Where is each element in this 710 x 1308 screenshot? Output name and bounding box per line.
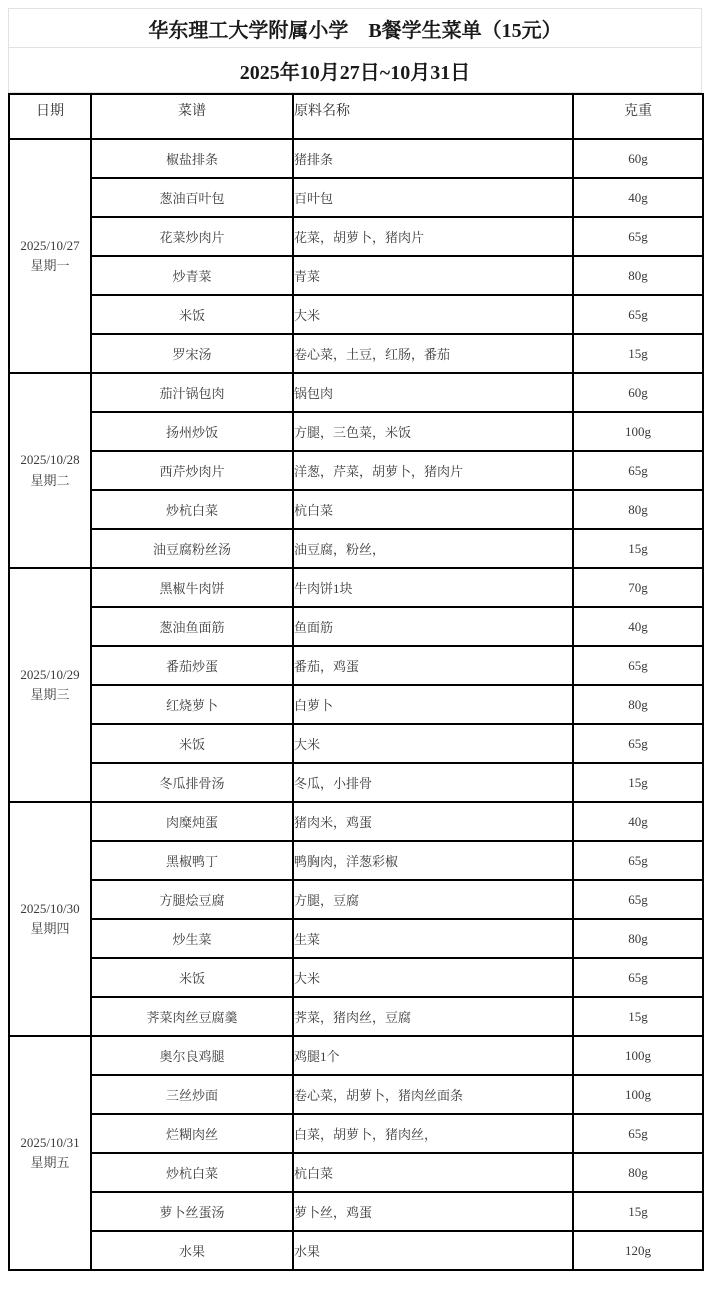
dish-cell: 炒杭白菜 <box>91 490 293 529</box>
ingredient-cell: 大米 <box>293 958 573 997</box>
date-cell: 2025/10/29星期三 <box>9 568 91 802</box>
ingredient-cell: 油豆腐，粉丝， <box>293 529 573 568</box>
weight-cell: 15g <box>573 997 703 1036</box>
table-row: 罗宋汤卷心菜，土豆，红肠，番茄15g <box>9 334 703 373</box>
weight-cell: 65g <box>573 217 703 256</box>
dish-cell: 椒盐排条 <box>91 139 293 178</box>
date-text: 2025/10/31 <box>20 1135 79 1150</box>
table-row: 方腿烩豆腐方腿，豆腐65g <box>9 880 703 919</box>
weight-cell: 80g <box>573 1153 703 1192</box>
weight-cell: 100g <box>573 1075 703 1114</box>
column-header-ingredients: 原料名称 <box>293 94 573 139</box>
ingredient-cell: 番茄，鸡蛋 <box>293 646 573 685</box>
table-row: 番茄炒蛋番茄，鸡蛋65g <box>9 646 703 685</box>
dish-cell: 扬州炒饭 <box>91 412 293 451</box>
dish-cell: 萝卜丝蛋汤 <box>91 1192 293 1231</box>
weight-cell: 15g <box>573 334 703 373</box>
table-row: 水果水果120g <box>9 1231 703 1270</box>
weekday-text: 星期一 <box>30 258 69 273</box>
page-title: 华东理工大学附属小学 B餐学生菜单（15元） <box>9 9 702 48</box>
weight-cell: 65g <box>573 958 703 997</box>
weekday-text: 星期五 <box>30 1155 69 1170</box>
ingredient-cell: 杭白菜 <box>293 490 573 529</box>
ingredient-cell: 水果 <box>293 1231 573 1270</box>
dish-cell: 油豆腐粉丝汤 <box>91 529 293 568</box>
dish-cell: 水果 <box>91 1231 293 1270</box>
dish-cell: 番茄炒蛋 <box>91 646 293 685</box>
ingredient-cell: 生菜 <box>293 919 573 958</box>
dish-cell: 茄汁锅包肉 <box>91 373 293 412</box>
table-row: 2025/10/29星期三黑椒牛肉饼牛肉饼1块70g <box>9 568 703 607</box>
table-row: 扬州炒饭方腿，三色菜，米饭100g <box>9 412 703 451</box>
weight-cell: 80g <box>573 685 703 724</box>
date-cell: 2025/10/31星期五 <box>9 1036 91 1270</box>
date-text: 2025/10/28 <box>20 452 79 467</box>
dish-cell: 罗宋汤 <box>91 334 293 373</box>
column-header-date: 日期 <box>9 94 91 139</box>
ingredient-cell: 猪排条 <box>293 139 573 178</box>
table-row: 2025/10/31星期五奥尔良鸡腿鸡腿1个100g <box>9 1036 703 1075</box>
table-row: 炒青菜青菜80g <box>9 256 703 295</box>
dish-cell: 冬瓜排骨汤 <box>91 763 293 802</box>
title-row: 华东理工大学附属小学 B餐学生菜单（15元） <box>9 9 702 48</box>
weight-cell: 100g <box>573 1036 703 1075</box>
date-range: 2025年10月27日~10月31日 <box>9 48 702 93</box>
weight-cell: 40g <box>573 178 703 217</box>
table-row: 米饭大米65g <box>9 958 703 997</box>
table-row: 炒杭白菜杭白菜80g <box>9 1153 703 1192</box>
weight-cell: 65g <box>573 646 703 685</box>
date-text: 2025/10/27 <box>20 238 79 253</box>
ingredient-cell: 萝卜丝，鸡蛋 <box>293 1192 573 1231</box>
table-row: 米饭大米65g <box>9 724 703 763</box>
ingredient-cell: 方腿，三色菜，米饭 <box>293 412 573 451</box>
weight-cell: 60g <box>573 139 703 178</box>
menu-table: 日期 菜谱 原料名称 克重 2025/10/27星期一椒盐排条猪排条60g葱油百… <box>8 93 704 1271</box>
weekday-text: 星期二 <box>30 473 69 488</box>
weight-cell: 100g <box>573 412 703 451</box>
table-row: 萝卜丝蛋汤萝卜丝，鸡蛋15g <box>9 1192 703 1231</box>
weight-cell: 60g <box>573 373 703 412</box>
ingredient-cell: 青菜 <box>293 256 573 295</box>
ingredient-cell: 锅包肉 <box>293 373 573 412</box>
dish-cell: 米饭 <box>91 295 293 334</box>
weight-cell: 65g <box>573 880 703 919</box>
dish-cell: 炒杭白菜 <box>91 1153 293 1192</box>
dish-cell: 黑椒牛肉饼 <box>91 568 293 607</box>
weight-cell: 65g <box>573 1114 703 1153</box>
ingredient-cell: 花菜，胡萝卜，猪肉片 <box>293 217 573 256</box>
dish-cell: 黑椒鸭丁 <box>91 841 293 880</box>
weight-cell: 40g <box>573 802 703 841</box>
table-row: 炒杭白菜杭白菜80g <box>9 490 703 529</box>
ingredient-cell: 鸭胸肉，洋葱彩椒 <box>293 841 573 880</box>
ingredient-cell: 方腿，豆腐 <box>293 880 573 919</box>
table-row: 2025/10/30星期四肉糜炖蛋猪肉米，鸡蛋40g <box>9 802 703 841</box>
weight-cell: 80g <box>573 490 703 529</box>
ingredient-cell: 百叶包 <box>293 178 573 217</box>
dish-cell: 炒青菜 <box>91 256 293 295</box>
dish-cell: 葱油鱼面筋 <box>91 607 293 646</box>
weight-cell: 65g <box>573 451 703 490</box>
date-cell: 2025/10/30星期四 <box>9 802 91 1036</box>
weight-cell: 15g <box>573 529 703 568</box>
table-row: 花菜炒肉片花菜，胡萝卜，猪肉片65g <box>9 217 703 256</box>
ingredient-cell: 鱼面筋 <box>293 607 573 646</box>
weight-cell: 15g <box>573 1192 703 1231</box>
date-cell: 2025/10/27星期一 <box>9 139 91 373</box>
ingredient-cell: 卷心菜，土豆，红肠，番茄 <box>293 334 573 373</box>
table-row: 西芹炒肉片洋葱，芹菜，胡萝卜，猪肉片65g <box>9 451 703 490</box>
table-row: 米饭大米65g <box>9 295 703 334</box>
ingredient-cell: 白菜，胡萝卜，猪肉丝， <box>293 1114 573 1153</box>
weight-cell: 15g <box>573 763 703 802</box>
table-row: 黑椒鸭丁鸭胸肉，洋葱彩椒65g <box>9 841 703 880</box>
dish-cell: 葱油百叶包 <box>91 178 293 217</box>
dish-cell: 红烧萝卜 <box>91 685 293 724</box>
weight-cell: 65g <box>573 295 703 334</box>
weekday-text: 星期四 <box>30 921 69 936</box>
weight-cell: 70g <box>573 568 703 607</box>
ingredient-cell: 大米 <box>293 295 573 334</box>
ingredient-cell: 卷心菜，胡萝卜，猪肉丝面条 <box>293 1075 573 1114</box>
dish-cell: 西芹炒肉片 <box>91 451 293 490</box>
date-text: 2025/10/29 <box>20 667 79 682</box>
ingredient-cell: 冬瓜，小排骨 <box>293 763 573 802</box>
table-row: 红烧萝卜白萝卜80g <box>9 685 703 724</box>
ingredient-cell: 荠菜，猪肉丝，豆腐 <box>293 997 573 1036</box>
dish-cell: 花菜炒肉片 <box>91 217 293 256</box>
weekday-text: 星期三 <box>30 687 69 702</box>
weight-cell: 65g <box>573 841 703 880</box>
weight-cell: 40g <box>573 607 703 646</box>
weight-cell: 80g <box>573 919 703 958</box>
ingredient-cell: 洋葱，芹菜，胡萝卜，猪肉片 <box>293 451 573 490</box>
date-range-row: 2025年10月27日~10月31日 <box>9 48 702 93</box>
dish-cell: 炒生菜 <box>91 919 293 958</box>
table-row: 冬瓜排骨汤冬瓜，小排骨15g <box>9 763 703 802</box>
ingredient-cell: 杭白菜 <box>293 1153 573 1192</box>
dish-cell: 方腿烩豆腐 <box>91 880 293 919</box>
date-cell: 2025/10/28星期二 <box>9 373 91 568</box>
dish-cell: 三丝炒面 <box>91 1075 293 1114</box>
weight-cell: 120g <box>573 1231 703 1270</box>
table-row: 油豆腐粉丝汤油豆腐，粉丝，15g <box>9 529 703 568</box>
dish-cell: 奥尔良鸡腿 <box>91 1036 293 1075</box>
date-text: 2025/10/30 <box>20 901 79 916</box>
column-header-weight: 克重 <box>573 94 703 139</box>
ingredient-cell: 白萝卜 <box>293 685 573 724</box>
table-row: 炒生菜生菜80g <box>9 919 703 958</box>
table-row: 2025/10/27星期一椒盐排条猪排条60g <box>9 139 703 178</box>
weight-cell: 65g <box>573 724 703 763</box>
dish-cell: 米饭 <box>91 958 293 997</box>
menu-page: 华东理工大学附属小学 B餐学生菜单（15元） 2025年10月27日~10月31… <box>0 0 710 1271</box>
column-header-dish: 菜谱 <box>91 94 293 139</box>
table-row: 2025/10/28星期二茄汁锅包肉锅包肉60g <box>9 373 703 412</box>
dish-cell: 米饭 <box>91 724 293 763</box>
dish-cell: 荠菜肉丝豆腐羹 <box>91 997 293 1036</box>
ingredient-cell: 鸡腿1个 <box>293 1036 573 1075</box>
table-row: 葱油百叶包百叶包40g <box>9 178 703 217</box>
dish-cell: 烂糊肉丝 <box>91 1114 293 1153</box>
title-block: 华东理工大学附属小学 B餐学生菜单（15元） 2025年10月27日~10月31… <box>8 8 702 93</box>
table-row: 葱油鱼面筋鱼面筋40g <box>9 607 703 646</box>
ingredient-cell: 牛肉饼1块 <box>293 568 573 607</box>
table-row: 烂糊肉丝白菜，胡萝卜，猪肉丝，65g <box>9 1114 703 1153</box>
weight-cell: 80g <box>573 256 703 295</box>
header-row: 日期 菜谱 原料名称 克重 <box>9 94 703 139</box>
ingredient-cell: 大米 <box>293 724 573 763</box>
table-row: 三丝炒面卷心菜，胡萝卜，猪肉丝面条100g <box>9 1075 703 1114</box>
menu-table-body: 2025/10/27星期一椒盐排条猪排条60g葱油百叶包百叶包40g花菜炒肉片花… <box>9 139 703 1270</box>
ingredient-cell: 猪肉米，鸡蛋 <box>293 802 573 841</box>
dish-cell: 肉糜炖蛋 <box>91 802 293 841</box>
table-row: 荠菜肉丝豆腐羹荠菜，猪肉丝，豆腐15g <box>9 997 703 1036</box>
